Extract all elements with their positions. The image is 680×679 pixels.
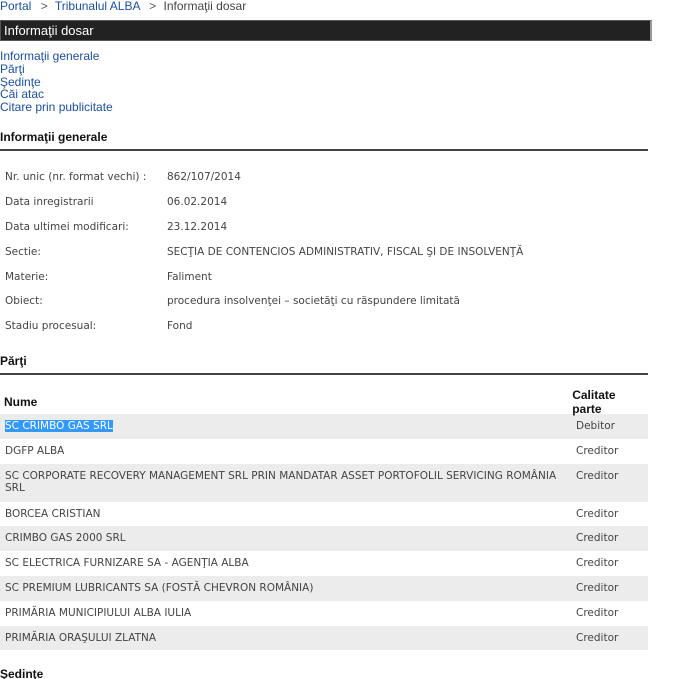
parties-table-header: Nume Calitate parte <box>0 390 648 414</box>
info-value: 862/107/2014 <box>167 171 241 183</box>
party-role: Creditor <box>566 607 618 620</box>
info-label: Stadiu procesual: <box>0 320 167 332</box>
info-row-object: Obiect: procedura insolvenţei – societăţ… <box>0 289 523 314</box>
general-info-table: Nr. unic (nr. format vechi) : 862/107/20… <box>0 165 523 339</box>
party-name: SC CORPORATE RECOVERY MANAGEMENT SRL PRI… <box>0 470 566 495</box>
general-info-heading: Informaţii generale <box>0 130 648 151</box>
table-row: SC CRIMBO GAS SRL Debitor <box>0 414 648 439</box>
party-name: PRIMĂRIA ORAŞULUI ZLATNA <box>0 632 566 645</box>
column-header-name: Nume <box>0 395 572 409</box>
table-row: PRIMĂRIA ORAŞULUI ZLATNA Creditor <box>0 626 648 651</box>
section-quick-nav: Informaţii generale Părţi Şedinţe Căi at… <box>0 50 113 114</box>
parties-heading: Părţi <box>0 354 648 375</box>
info-row-procedural-stage: Stadiu procesual: Fond <box>0 314 523 339</box>
breadcrumb: Portal > Tribunalul ALBA > Informaţii do… <box>0 0 246 13</box>
info-value: Faliment <box>167 271 212 283</box>
info-row-registration-date: Data inregistrarii 06.02.2014 <box>0 190 523 215</box>
quicknav-public-summons-link[interactable]: Citare prin publicitate <box>0 101 113 114</box>
party-role: Creditor <box>566 532 618 545</box>
info-label: Data inregistrarii <box>0 196 167 208</box>
info-row-case-number: Nr. unic (nr. format vechi) : 862/107/20… <box>0 165 523 190</box>
info-value: 23.12.2014 <box>167 221 227 233</box>
party-role: Creditor <box>566 632 618 645</box>
quicknav-general-info-link[interactable]: Informaţii generale <box>0 50 113 63</box>
info-value: SECŢIA DE CONTENCIOS ADMINISTRATIV, FISC… <box>167 246 523 258</box>
party-name[interactable]: SC CRIMBO GAS SRL <box>5 420 113 432</box>
info-value: 06.02.2014 <box>167 196 227 208</box>
table-row: SC ELECTRICA FURNIZARE SA - AGENŢIA ALBA… <box>0 551 648 576</box>
table-row: BORCEA CRISTIAN Creditor <box>0 502 648 527</box>
parties-table: Nume Calitate parte SC CRIMBO GAS SRL De… <box>0 390 648 650</box>
table-row: DGFP ALBA Creditor <box>0 439 648 464</box>
breadcrumb-current: Informaţii dosar <box>164 0 247 13</box>
info-label: Obiect: <box>0 295 167 307</box>
table-row: SC PREMIUM LUBRICANTS SA (FOSTĂ CHEVRON … <box>0 576 648 601</box>
party-name: SC ELECTRICA FURNIZARE SA - AGENŢIA ALBA <box>0 557 566 570</box>
hearings-heading: Şedinţe <box>0 667 648 679</box>
info-value: Fond <box>167 320 192 332</box>
party-role: Creditor <box>566 470 618 483</box>
quicknav-parties-link[interactable]: Părţi <box>0 63 113 76</box>
table-row: CRIMBO GAS 2000 SRL Creditor <box>0 526 648 551</box>
party-role: Debitor <box>566 420 615 433</box>
party-role: Creditor <box>566 557 618 570</box>
breadcrumb-portal-link[interactable]: Portal <box>0 0 31 13</box>
breadcrumb-tribunal-link[interactable]: Tribunalul ALBA <box>55 0 140 13</box>
info-row-last-modified: Data ultimei modificari: 23.12.2014 <box>0 215 523 240</box>
info-label: Sectie: <box>0 246 167 258</box>
info-label: Materie: <box>0 271 167 283</box>
info-label: Nr. unic (nr. format vechi) : <box>0 171 167 183</box>
info-row-matter: Materie: Faliment <box>0 264 523 289</box>
info-row-section: Sectie: SECŢIA DE CONTENCIOS ADMINISTRAT… <box>0 239 523 264</box>
party-name: PRIMĂRIA MUNICIPIULUI ALBA IULIA <box>0 607 566 620</box>
party-name: SC PREMIUM LUBRICANTS SA (FOSTĂ CHEVRON … <box>0 582 566 595</box>
party-name: DGFP ALBA <box>0 445 566 458</box>
party-name: BORCEA CRISTIAN <box>0 508 566 521</box>
breadcrumb-separator: > <box>149 0 156 13</box>
page-title-bar: Informaţii dosar <box>0 20 652 41</box>
column-header-role: Calitate parte <box>572 388 648 416</box>
table-row: PRIMĂRIA MUNICIPIULUI ALBA IULIA Credito… <box>0 601 648 626</box>
party-name: CRIMBO GAS 2000 SRL <box>0 532 566 545</box>
party-role: Creditor <box>566 582 618 595</box>
party-role: Creditor <box>566 508 618 521</box>
party-role: Creditor <box>566 445 618 458</box>
info-label: Data ultimei modificari: <box>0 221 167 233</box>
breadcrumb-separator: > <box>41 0 48 13</box>
info-value: procedura insolvenţei – societăţi cu răs… <box>167 295 460 307</box>
table-row: SC CORPORATE RECOVERY MANAGEMENT SRL PRI… <box>0 464 648 502</box>
